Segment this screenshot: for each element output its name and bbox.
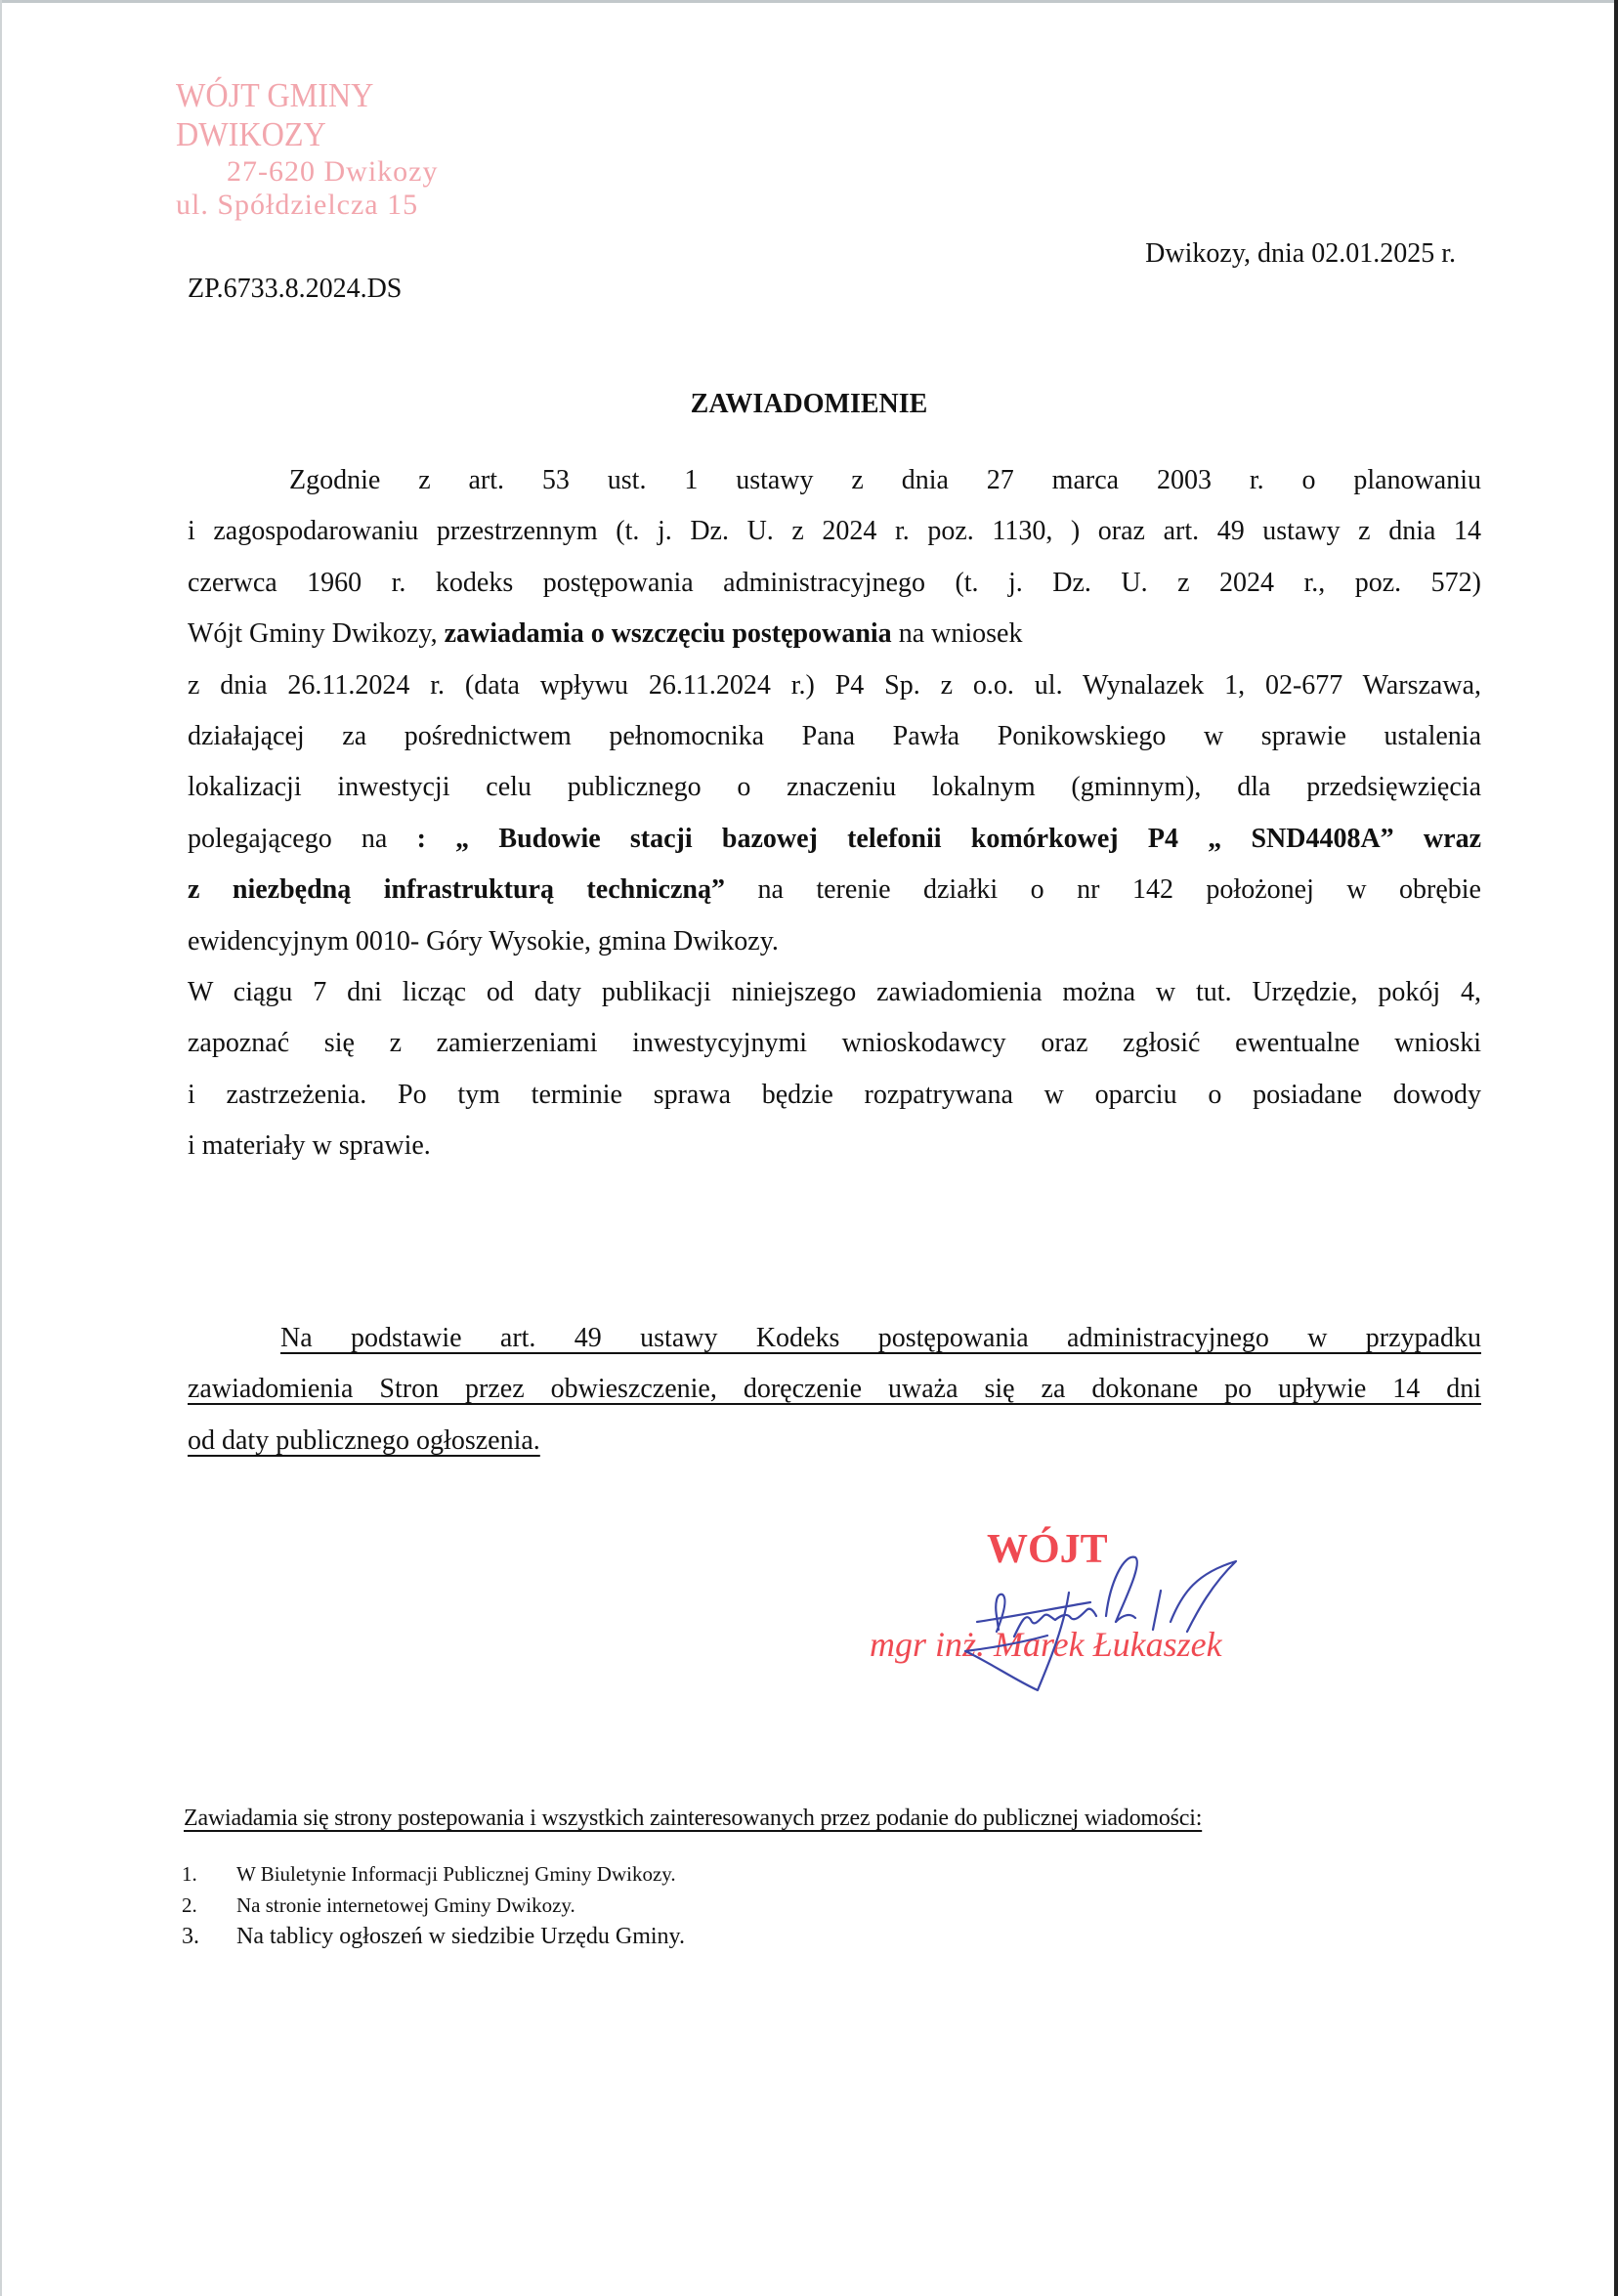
body-line: z niezbędną infrastrukturą techniczną” n… — [188, 865, 1481, 915]
place-and-date: Dwikozy, dnia 02.01.2025 r. — [1145, 238, 1456, 270]
body-line: lokalizacji inwestycji celu publicznego … — [188, 762, 1481, 813]
body-text: na wniosek — [892, 618, 1023, 649]
case-reference: ZP.6733.8.2024.DS — [188, 274, 402, 305]
list-text: W Biuletynie Informacji Publicznej Gminy… — [236, 1862, 676, 1886]
body-text: na terenie działki o nr 142 położonej w … — [725, 874, 1481, 905]
document-title: ZAWIADOMIENIE — [0, 389, 1618, 420]
legal-notice: Na podstawie art. 49 ustawy Kodeks postę… — [188, 1311, 1481, 1465]
body-line: W ciągu 7 dni licząc od daty publikacji … — [188, 967, 1481, 1018]
page-edge-left — [0, 0, 2, 2296]
office-stamp: WÓJT GMINY DWIKOZY 27-620 Dwikozy ul. Sp… — [176, 76, 547, 223]
publication-list-item: 2.Na stronie internetowej Gminy Dwikozy. — [182, 1890, 685, 1921]
body-line: i zastrzeżenia. Po tym terminie sprawa b… — [188, 1070, 1481, 1121]
stamp-postal-address: 27-620 Dwikozy — [176, 155, 547, 190]
body-text-bold: zawiadamia o wszczęciu postępowania — [445, 618, 892, 649]
publication-list-item: 3.Na tablicy ogłoszeń w siedzibie Urzędu… — [182, 1921, 685, 1952]
publication-list-item: 1.W Biuletynie Informacji Publicznej Gmi… — [182, 1858, 685, 1890]
body-line: polegającego na : „ Budowie stacji bazow… — [188, 814, 1481, 865]
list-number: 3. — [182, 1921, 236, 1952]
body-line: działającej za pośrednictwem pełnomocnik… — [188, 711, 1481, 762]
page-edge-right — [1614, 0, 1618, 2296]
body-text: Wójt Gminy Dwikozy, — [188, 618, 445, 649]
body-line: Wójt Gminy Dwikozy, zawiadamia o wszczęc… — [188, 609, 1481, 659]
project-name-bold: : „ Budowie stacji bazowej telefonii kom… — [417, 824, 1481, 854]
notice-line: od daty publicznego ogłoszenia. — [188, 1414, 1481, 1465]
stamp-office-name: WÓJT GMINY DWIKOZY — [176, 76, 518, 155]
notice-line: zawiadomienia Stron przez obwieszczenie,… — [188, 1362, 1481, 1413]
list-number: 1. — [182, 1858, 236, 1890]
page-edge-top — [0, 0, 1618, 3]
publication-heading: Zawiadamia się strony postepowania i wsz… — [184, 1806, 1202, 1832]
body-text: polegającego na — [188, 824, 417, 854]
body-line: i zagospodarowaniu przestrzennym (t. j. … — [188, 506, 1481, 557]
body-line: i materiały w sprawie. — [188, 1121, 1481, 1171]
body-line: Zgodnie z art. 53 ust. 1 ustawy z dnia 2… — [188, 455, 1481, 506]
body-line: ewidencyjnym 0010- Góry Wysokie, gmina D… — [188, 916, 1481, 967]
body-line: z dnia 26.11.2024 r. (data wpływu 26.11.… — [188, 660, 1481, 711]
publication-list: 1.W Biuletynie Informacji Publicznej Gmi… — [182, 1858, 685, 1952]
list-number: 2. — [182, 1890, 236, 1921]
list-text: Na stronie internetowej Gminy Dwikozy. — [236, 1893, 575, 1917]
body-line: czerwca 1960 r. kodeks postępowania admi… — [188, 558, 1481, 609]
signature-block: WÓJT mgr inż. Marek Łukaszek — [860, 1514, 1270, 1710]
document-body: Zgodnie z art. 53 ust. 1 ustawy z dnia 2… — [188, 455, 1481, 1171]
body-line: zapoznać się z zamierzeniami inwestycyjn… — [188, 1018, 1481, 1069]
project-name-bold: z niezbędną infrastrukturą techniczną” — [188, 874, 725, 905]
stamp-street-address: ul. Spółdzielcza 15 — [176, 189, 547, 223]
list-text: Na tablicy ogłoszeń w siedzibie Urzędu G… — [236, 1924, 685, 1949]
handwritten-signature-icon — [860, 1514, 1270, 1710]
notice-line: Na podstawie art. 49 ustawy Kodeks postę… — [188, 1311, 1481, 1362]
